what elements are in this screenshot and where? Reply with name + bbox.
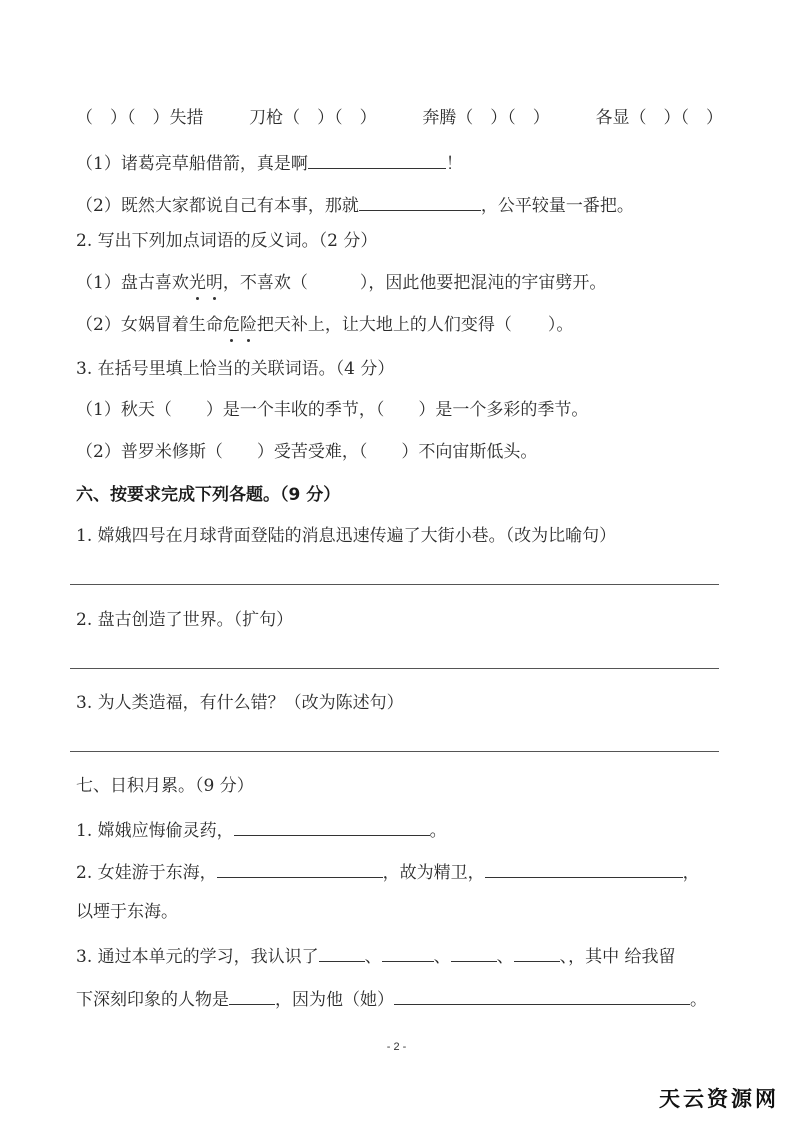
s7-item1-blank[interactable] — [234, 817, 430, 836]
s7-item3-line2-end: 。 — [690, 990, 707, 1010]
section-6-item-3: 3. 为人类造福，有什么错？（改为陈述句） — [76, 692, 723, 714]
answer-line-3[interactable] — [70, 751, 719, 752]
q3-sub1-b: ）是一个丰收的季节，（ — [206, 400, 385, 420]
s7-item2-blank-1[interactable] — [217, 859, 383, 878]
q3-sub2-c: ）不向宙斯低头。 — [401, 442, 537, 462]
s7-item3-reason-blank[interactable] — [394, 986, 690, 1005]
q1-sub2-end: ，公平较量一番把。 — [481, 196, 634, 216]
idiom-item-1[interactable]: （ ）（ ）失措 — [76, 107, 204, 129]
s7-item2-blank-2[interactable] — [485, 859, 683, 878]
section-7-item-2: 2. 女娃游于东海，，故为精卫，， — [76, 859, 723, 884]
q3-sub2-a: （2）普罗米修斯（ — [76, 442, 223, 462]
page-number: - 2 - — [0, 1041, 793, 1053]
section-7-item-2-cont: 以堙于东海。 — [76, 901, 723, 923]
answer-line-2[interactable] — [70, 668, 719, 669]
q1-sub1-text: （1）诸葛亮草船借箭，真是啊 — [76, 154, 308, 174]
s7-item1-end: 。 — [430, 821, 447, 841]
q2-sub2-middle: 把天补上，让大地上的人们变得（ — [257, 315, 512, 335]
watermark-logo: 天云资源网 — [659, 1083, 779, 1113]
s7-item2-middle: ，故为精卫， — [383, 863, 485, 883]
idiom-fill-row: （ ）（ ）失措 刀枪（ ）（ ） 奔腾（ ）（ ） 各显（ ）（ ） — [76, 107, 723, 129]
q2-sub2-prefix: （2）女娲冒着生命 — [76, 315, 223, 335]
q1-sub1-end: ！ — [446, 154, 463, 174]
q1-sub2: （2）既然大家都说自己有本事，那就，公平较量一番把。 — [76, 192, 723, 217]
q1-sub1: （1）诸葛亮草船借箭，真是啊！ — [76, 150, 723, 175]
answer-line-1[interactable] — [70, 584, 719, 585]
q2-sub1-middle: ，不喜欢（ — [223, 273, 308, 293]
q3-sub1-c: ）是一个多彩的季节。 — [418, 400, 588, 420]
s7-item3-blank-1[interactable] — [319, 943, 365, 962]
idiom-item-4[interactable]: 各显（ ）（ ） — [595, 107, 723, 129]
q2-sub1: （1）盘古喜欢光明，不喜欢（），因此他要把混沌的宇宙劈开。 — [76, 272, 723, 294]
s7-item3-line2-text: 下深刻印象的人物是 — [76, 990, 229, 1010]
q1-sub1-blank[interactable] — [308, 150, 446, 169]
dotted-char: 危 — [223, 314, 240, 336]
section-7-item-1: 1. 嫦娥应悔偷灵药，。 — [76, 817, 723, 842]
idiom-item-3[interactable]: 奔腾（ ）（ ） — [422, 107, 550, 129]
section-7-title: 七、日积月累。（9 分） — [76, 775, 723, 797]
s7-item3-blank-3[interactable] — [451, 943, 497, 962]
s7-item3-line2-middle: ，因为他（她） — [275, 990, 394, 1010]
s7-item2-end: ， — [683, 863, 700, 883]
q2-sub1-prefix: （1）盘古喜欢 — [76, 273, 189, 293]
section-6-title: 六、按要求完成下列各题。（9 分） — [76, 484, 723, 506]
dotted-char: 光 — [189, 272, 206, 294]
idiom-item-2[interactable]: 刀枪（ ）（ ） — [249, 107, 377, 129]
dotted-char: 明 — [206, 272, 223, 294]
s7-item2-text: 2. 女娃游于东海， — [76, 863, 217, 883]
s7-item1-text: 1. 嫦娥应悔偷灵药， — [76, 821, 234, 841]
section-6-item-1: 1. 嫦娥四号在月球背面登陆的消息迅速传遍了大街小巷。（改为比喻句） — [76, 525, 723, 547]
separator: 、 — [560, 947, 569, 967]
q2-sub1-after: ），因此他要把混沌的宇宙劈开。 — [360, 273, 607, 293]
separator: 、 — [434, 947, 451, 967]
q3-sub1: （1）秋天（）是一个丰收的季节，（）是一个多彩的季节。 — [76, 399, 723, 421]
section-7-item-3-line2: 下深刻印象的人物是，因为他（她）。 — [76, 986, 723, 1011]
q1-sub2-text: （2）既然大家都说自己有本事，那就 — [76, 196, 359, 216]
separator: 、 — [365, 947, 382, 967]
s7-item3-tail: ，其中 给我留 — [568, 947, 675, 967]
s7-item3-text: 3. 通过本单元的学习，我认识了 — [76, 947, 319, 967]
separator: 、 — [497, 947, 514, 967]
q1-sub2-blank[interactable] — [359, 192, 481, 211]
section-7-item-3: 3. 通过本单元的学习，我认识了、、、、，其中 给我留 — [76, 943, 723, 968]
q3-sub2-b: ）受苦受难，（ — [257, 442, 368, 462]
section-6-item-2: 2. 盘古创造了世界。（扩句） — [76, 609, 723, 631]
dotted-char: 险 — [240, 314, 257, 336]
s7-item3-person-blank[interactable] — [229, 986, 275, 1005]
q2-title: 2. 写出下列加点词语的反义词。（2 分） — [76, 230, 723, 252]
q3-title: 3. 在括号里填上恰当的关联词语。（4 分） — [76, 358, 723, 380]
q2-sub2: （2）女娲冒着生命危险把天补上，让大地上的人们变得（）。 — [76, 314, 723, 336]
q3-sub1-a: （1）秋天（ — [76, 400, 172, 420]
s7-item3-blank-4[interactable] — [514, 943, 560, 962]
q2-sub2-after: ）。 — [548, 315, 574, 335]
s7-item3-blank-2[interactable] — [382, 943, 434, 962]
q3-sub2: （2）普罗米修斯（）受苦受难，（）不向宙斯低头。 — [76, 441, 723, 463]
